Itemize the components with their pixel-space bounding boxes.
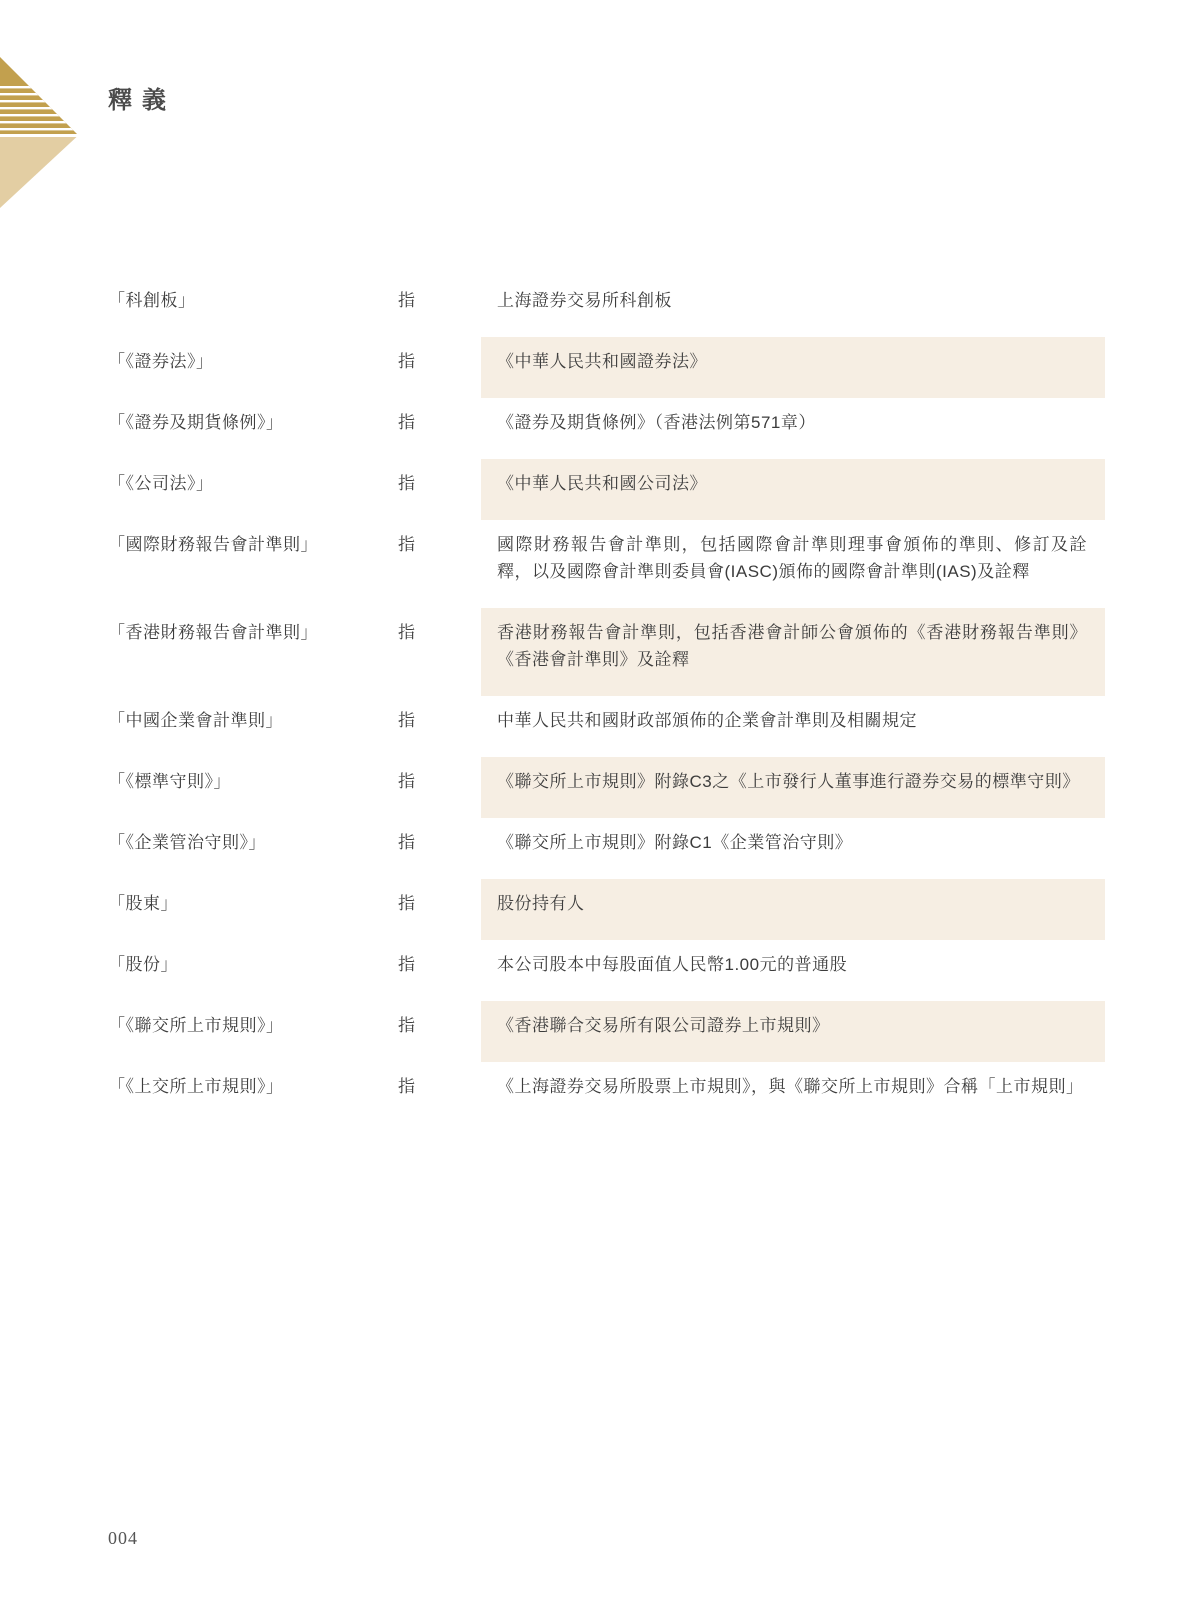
page-number: 004	[108, 1528, 138, 1549]
definition-cell	[481, 1123, 1105, 1157]
page-title: 釋義	[108, 80, 176, 115]
definition-row: 「中國企業會計準則」 指 中華人民共和國財政部頒佈的企業會計準則及相關規定	[108, 696, 1105, 757]
definition-row: 「國際財務報告會計準則」 指 國際財務報告會計準則，包括國際會計準則理事會頒佈的…	[108, 520, 1105, 608]
indicator-cell: 指	[398, 696, 481, 757]
definition-cell: 《聯交所上市規則》附錄C3之《上市發行人董事進行證券交易的標準守則》	[481, 757, 1105, 818]
definition-row: 「《標準守則》」 指 《聯交所上市規則》附錄C3之《上市發行人董事進行證券交易的…	[108, 757, 1105, 818]
definition-cell: 本公司股本中每股面值人民幣1.00元的普通股	[481, 940, 1105, 1001]
term-cell: 「國際財務報告會計準則」	[108, 520, 398, 608]
definition-row	[108, 1123, 1105, 1157]
term-cell: 「科創板」	[108, 276, 398, 337]
definition-cell: 《中華人民共和國證券法》	[481, 337, 1105, 398]
definition-cell: 《聯交所上市規則》附錄C1《企業管治守則》	[481, 818, 1105, 879]
definition-row: 「《證券法》」 指 《中華人民共和國證券法》	[108, 337, 1105, 398]
definition-row: 「股份」 指 本公司股本中每股面值人民幣1.00元的普通股	[108, 940, 1105, 1001]
indicator-cell: 指	[398, 757, 481, 818]
indicator-cell: 指	[398, 879, 481, 940]
corner-triangle-icon	[0, 57, 80, 209]
definition-cell: 《中華人民共和國公司法》	[481, 459, 1105, 520]
indicator-cell: 指	[398, 398, 481, 459]
definition-cell: 上海證券交易所科創板	[481, 276, 1105, 337]
indicator-cell: 指	[398, 940, 481, 1001]
definition-row: 「《上交所上市規則》」 指 《上海證券交易所股票上市規則》，與《聯交所上市規則》…	[108, 1062, 1105, 1123]
definition-row: 「香港財務報告會計準則」 指 香港財務報告會計準則，包括香港會計師公會頒佈的《香…	[108, 608, 1105, 696]
term-cell	[108, 1123, 398, 1157]
term-cell: 「《企業管治守則》」	[108, 818, 398, 879]
indicator-cell	[398, 1123, 481, 1157]
term-cell: 「《公司法》」	[108, 459, 398, 520]
definition-row: 「《聯交所上市規則》」 指 《香港聯合交易所有限公司證券上市規則》	[108, 1001, 1105, 1062]
indicator-cell: 指	[398, 276, 481, 337]
term-cell: 「《上交所上市規則》」	[108, 1062, 398, 1123]
definition-row: 「股東」 指 股份持有人	[108, 879, 1105, 940]
indicator-cell: 指	[398, 1001, 481, 1062]
definitions-table: 「科創板」 指 上海證券交易所科創板 「《證券法》」 指 《中華人民共和國證券法…	[108, 276, 1105, 1157]
term-cell: 「《聯交所上市規則》」	[108, 1001, 398, 1062]
term-cell: 「股東」	[108, 879, 398, 940]
definition-cell: 香港財務報告會計準則，包括香港會計師公會頒佈的《香港財務報告準則》《香港會計準則…	[481, 608, 1105, 696]
definition-cell: 中華人民共和國財政部頒佈的企業會計準則及相關規定	[481, 696, 1105, 757]
definition-row: 「科創板」 指 上海證券交易所科創板	[108, 276, 1105, 337]
indicator-cell: 指	[398, 337, 481, 398]
indicator-cell: 指	[398, 818, 481, 879]
definition-cell: 國際財務報告會計準則，包括國際會計準則理事會頒佈的準則、修訂及詮釋，以及國際會計…	[481, 520, 1105, 608]
definition-row: 「《公司法》」 指 《中華人民共和國公司法》	[108, 459, 1105, 520]
indicator-cell: 指	[398, 1062, 481, 1123]
indicator-cell: 指	[398, 459, 481, 520]
indicator-cell: 指	[398, 608, 481, 696]
definition-cell: 《香港聯合交易所有限公司證券上市規則》	[481, 1001, 1105, 1062]
definition-row: 「《企業管治守則》」 指 《聯交所上市規則》附錄C1《企業管治守則》	[108, 818, 1105, 879]
definition-row: 「《證券及期貨條例》」 指 《證券及期貨條例》（香港法例第571章）	[108, 398, 1105, 459]
corner-triangle-decoration	[0, 57, 80, 209]
term-cell: 「《標準守則》」	[108, 757, 398, 818]
term-cell: 「香港財務報告會計準則」	[108, 608, 398, 696]
term-cell: 「股份」	[108, 940, 398, 1001]
definition-cell: 《證券及期貨條例》（香港法例第571章）	[481, 398, 1105, 459]
definition-cell: 股份持有人	[481, 879, 1105, 940]
term-cell: 「中國企業會計準則」	[108, 696, 398, 757]
definition-cell: 《上海證券交易所股票上市規則》，與《聯交所上市規則》合稱「上市規則」	[481, 1062, 1105, 1123]
term-cell: 「《證券及期貨條例》」	[108, 398, 398, 459]
indicator-cell: 指	[398, 520, 481, 608]
term-cell: 「《證券法》」	[108, 337, 398, 398]
